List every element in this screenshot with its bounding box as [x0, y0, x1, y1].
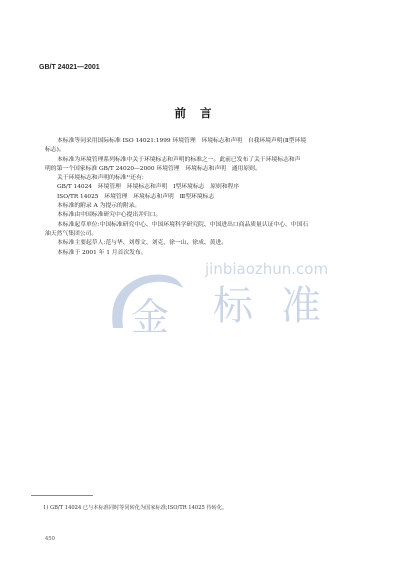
- paragraph-line: 关于环境标志和声明的标准¹⁾还有:: [45, 174, 370, 183]
- paragraph-line: 油天然气集团公司。: [45, 230, 370, 239]
- svg-text:金: 金: [131, 295, 169, 338]
- standard-code: GB/T 24021—2001: [39, 64, 100, 71]
- page-title: 前言: [0, 105, 400, 121]
- paragraph-line: 本标准起草单位:中国标准研究中心、中国环境科学研究院、中国进出口商品质量认证中心…: [45, 221, 370, 230]
- paragraph-line: 本标准由中国标准研究中心提出并归口。: [45, 211, 370, 220]
- paragraph-line: 本标准等同采用国际标准 ISO 14021:1999 环境管理 环境标志和声明 …: [45, 137, 370, 146]
- paragraph-line: 标志)。: [45, 146, 370, 155]
- watermark: jinbiaozhun.com 金 标准: [105, 260, 365, 340]
- paragraph-line: 本标准的附录 A 为提示的附录。: [45, 202, 370, 211]
- paragraph-line: 本标准于 2001 年 1 月首次发布。: [45, 249, 370, 258]
- watermark-logo-icon: 金: [105, 268, 185, 338]
- footnote: 1) GB/T 14024 已与本标准同时等同转化为国家标准;ISO/TR 14…: [43, 504, 227, 511]
- paragraph-line: 明的第一个国家标准 GB/T 24020—2000 环境管理 环境标志和声明 通…: [45, 165, 370, 174]
- paragraph-line: 本标准主要起草人:范与华、刘尊文、刘克、徐一山、徐成、黄进。: [45, 239, 370, 248]
- body-text: 本标准等同采用国际标准 ISO 14021:1999 环境管理 环境标志和声明 …: [45, 137, 370, 258]
- page-number: 450: [45, 536, 55, 542]
- watermark-text: 标准: [213, 274, 349, 331]
- paragraph-line: 本标准为环境管理系列标准中关于环境标志和声明的标准之一。此前已发布了关于环境标志…: [45, 156, 370, 165]
- footnote-rule: [31, 495, 93, 496]
- paragraph-line: GB/T 14024 环境管理 环境标志和声明 Ⅰ型环境标志 原则和程序: [45, 183, 370, 192]
- paragraph-line: ISO/TR 14025 环境管理 环境标志和声明 Ⅲ型环境标志: [45, 193, 370, 202]
